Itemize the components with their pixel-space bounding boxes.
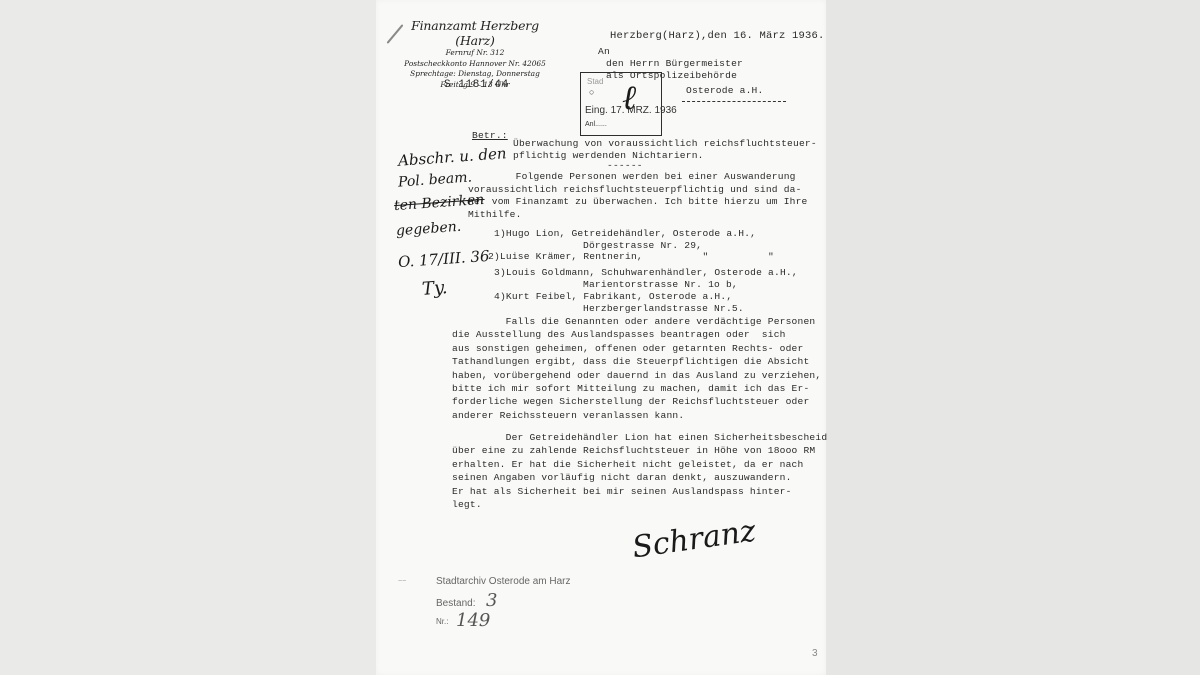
paragraph-line: Tathandlungen ergibt, dass die Steuerpfl…	[452, 357, 809, 367]
phone: Fernruf Nr. 312	[390, 48, 560, 59]
archive-mark: ~~	[398, 578, 406, 585]
person-entry: 2)Luise Krämer, Rentnerin, " "	[488, 252, 774, 262]
stamp-bottom: Anl......	[585, 121, 607, 128]
reference-number: S 1181/44	[444, 79, 509, 91]
page-mark: 3	[812, 648, 818, 659]
person-address: Marientorstrasse Nr. 1o b,	[583, 280, 738, 290]
intro-line: Folgende Personen werden bei einer Auswa…	[462, 172, 796, 182]
handwritten-line: gegeben.	[396, 219, 462, 240]
person-entry: 1)Hugo Lion, Getreidehändler, Osterode a…	[494, 229, 756, 239]
paragraph-line: forderliche wegen Sicherstellung der Rei…	[452, 397, 809, 407]
paragraph-line: über eine zu zahlende Reichsfluchtsteuer…	[452, 446, 815, 456]
person-entry: 4)Kurt Feibel, Fabrikant, Osterode a.H.,	[494, 292, 732, 302]
postal-account: Postscheckkonto Hannover Nr. 42065	[390, 59, 560, 70]
paragraph-line: aus sonstigen geheimen, offenen oder get…	[452, 344, 803, 354]
paragraph-line: die Ausstellung des Auslandspasses beant…	[452, 330, 786, 340]
background-right	[826, 0, 1200, 675]
office-name: Finanzamt Herzberg (Harz)	[390, 18, 560, 48]
subject-label: Betr.:	[472, 131, 508, 141]
nr-label: Nr.:	[436, 617, 448, 626]
stamp-circle: ○	[589, 87, 594, 97]
person-address: Herzbergerlandstrasse Nr.5.	[583, 304, 744, 314]
document-page: Finanzamt Herzberg (Harz) Fernruf Nr. 31…	[376, 0, 826, 675]
archive-title: Stadtarchiv Osterode am Harz	[436, 576, 571, 587]
paragraph-line: seinen Angaben vorläufig nicht daran den…	[452, 473, 792, 483]
paragraph-line: bitte ich mir sofort Mitteilung zu mache…	[452, 384, 809, 394]
date-line: Herzberg(Harz),den 16. März 1936.	[610, 31, 825, 42]
stamp-top: Stad	[587, 77, 603, 86]
paragraph-line: anderer Reichssteuern veranlassen kann.	[452, 411, 684, 421]
intro-line: voraussichtlich reichsfluchtsteuerpflich…	[462, 185, 802, 195]
paragraph-line: legt.	[452, 500, 482, 510]
paragraph-line: Der Getreidehändler Lion hat einen Siche…	[452, 433, 827, 443]
intro-line: Mithilfe.	[462, 210, 522, 220]
bestand-value: 3	[486, 590, 497, 611]
paragraph-line: Er hat als Sicherheit bei mir seinen Aus…	[452, 487, 792, 497]
subject-line1: Überwachung von voraussichtlich reichsfl…	[513, 139, 817, 149]
handwritten-line: Ty.	[421, 277, 448, 300]
bestand-label: Bestand:	[436, 598, 475, 609]
background-left	[0, 0, 376, 675]
intro-line: her vom Finanzamt zu überwachen. Ich bit…	[462, 197, 808, 207]
office-hours: Sprechtage: Dienstag, Donnerstag	[390, 69, 560, 80]
nr-value: 149	[456, 610, 490, 631]
subject-rule: ------	[607, 161, 643, 171]
stamp-initial: ℓ	[622, 78, 636, 118]
received-stamp: Stad ○ Eing. 17. MRZ. 1936 Anl......	[580, 72, 662, 136]
recipient-line1: den Herrn Bürgermeister	[606, 59, 743, 69]
handwritten-line: O. 17/III. 36	[397, 247, 490, 271]
paragraph-line: Falls die Genannten oder andere verdächt…	[452, 317, 815, 327]
person-address: Dörgestrasse Nr. 29,	[583, 241, 702, 251]
recipient-prefix: An	[598, 47, 610, 57]
address-underline	[682, 101, 786, 102]
handwritten-line: Abschr. u. den	[398, 144, 508, 170]
recipient-city: Osterode a.H.	[686, 86, 763, 96]
paragraph-line: haben, vorübergehend oder dauernd in das…	[452, 371, 821, 381]
paragraph-line: erhalten. Er hat die Sicherheit nicht ge…	[452, 460, 803, 470]
signature: Schranz	[630, 514, 758, 566]
person-entry: 3)Louis Goldmann, Schuhwarenhändler, Ost…	[494, 268, 798, 278]
